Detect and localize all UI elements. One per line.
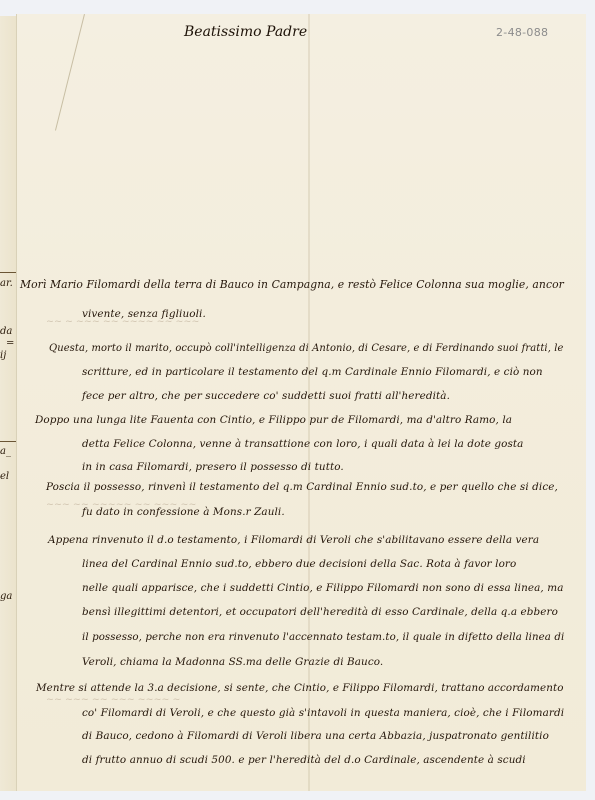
manuscript-line: Poscia il possesso, rinvenì il testament… bbox=[46, 481, 558, 493]
manuscript-line: di Bauco, cedono à Filomardi di Veroli l… bbox=[82, 730, 549, 742]
salutation-heading: Beatissimo Padre bbox=[184, 24, 307, 40]
manuscript-line: in in casa Filomardi, presero il possess… bbox=[82, 461, 344, 473]
margin-fragment: ij bbox=[0, 350, 6, 361]
manuscript-line: nelle quali apparisce, che i suddetti Ci… bbox=[82, 582, 564, 594]
ink-bleed-through: ~~ ~~~ ~~ ~~~ ~~~~ ~ bbox=[46, 694, 181, 705]
margin-rule bbox=[0, 441, 16, 442]
paper-crease bbox=[55, 14, 85, 131]
manuscript-line: Mentre si attende la 3.a decisione, si s… bbox=[36, 682, 564, 694]
manuscript-page: Beatissimo Padre 2-48-088 ~~ ~ ~~~ ~~ ~~… bbox=[16, 14, 586, 791]
margin-rule bbox=[0, 272, 16, 273]
manuscript-line: Appena rinvenuto il d.o testamento, i Fi… bbox=[48, 534, 539, 546]
margin-fragment: da bbox=[0, 326, 12, 337]
manuscript-line: Veroli, chiama la Madonna SS.ma delle Gr… bbox=[82, 656, 383, 668]
margin-fragment: = bbox=[6, 338, 14, 349]
adjacent-page-edge: ar. da = ij a_ el ga bbox=[0, 16, 17, 791]
manuscript-line: detta Felice Colonna, venne à transattio… bbox=[82, 438, 523, 450]
manuscript-line: fu dato in confessione à Mons.r Zauli. bbox=[82, 506, 285, 518]
manuscript-line: bensì illegittimi detentori, et occupato… bbox=[82, 606, 558, 618]
manuscript-line: di frutto annuo di scudi 500. e per l'he… bbox=[82, 754, 526, 766]
manuscript-line: Doppo una lunga lite Fauenta con Cintio,… bbox=[35, 414, 512, 426]
manuscript-line: linea del Cardinal Ennio sud.to, ebbero … bbox=[82, 558, 516, 570]
margin-fragment: ar. bbox=[0, 278, 13, 289]
manuscript-line: vivente, senza figliuoli. bbox=[82, 308, 206, 320]
manuscript-line: Questa, morto il marito, occupò coll'int… bbox=[49, 342, 563, 354]
margin-fragment: el bbox=[0, 471, 9, 482]
manuscript-line: Morì Mario Filomardi della terra di Bauc… bbox=[20, 278, 564, 291]
manuscript-line: il possesso, perche non era rinvenuto l'… bbox=[82, 631, 564, 643]
archive-reference-number: 2-48-088 bbox=[496, 26, 548, 39]
manuscript-line: fece per altro, che per succedere co' su… bbox=[82, 390, 450, 402]
margin-fragment: ga bbox=[0, 591, 12, 602]
margin-fragment: a_ bbox=[0, 446, 11, 457]
manuscript-line: co' Filomardi di Veroli, e che questo gi… bbox=[82, 707, 564, 719]
fold-line bbox=[308, 14, 310, 791]
manuscript-line: scritture, ed in particolare il testamen… bbox=[82, 366, 543, 378]
